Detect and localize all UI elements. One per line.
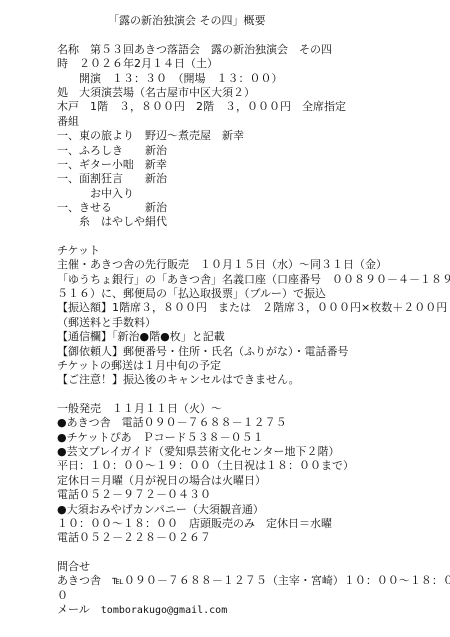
ticket-heading: チケット bbox=[57, 244, 450, 258]
presale-line: 主催・あきつ舎の先行販売 １０月１５日（水）～同３１日（金） bbox=[57, 258, 450, 272]
document-title: 「露の新治独演会 その四」概要 bbox=[108, 14, 266, 28]
event-name-line: 名称 第５３回あきつ落語会 露の新治独演会 その四 bbox=[57, 43, 450, 57]
time-line: 開演 １３：３０ （開場 １３：００） bbox=[57, 72, 450, 86]
venue-line: 処 大須演芸場（名古屋市中区大須２） bbox=[57, 86, 450, 100]
message-field-line: 【通信欄】「新治●階●枚」と記載 bbox=[57, 330, 450, 344]
document-body: 名称 第５３回あきつ落語会 露の新治独演会 その四 時 ２０２６年2月１４日（土… bbox=[57, 43, 450, 617]
contact-line: あきつ舎 ℡０９０－７６８８－１２７５（主宰・宮崎）１０：００～１８：０ bbox=[57, 574, 450, 588]
contact-line-cont: ０ bbox=[57, 589, 450, 603]
outlet-osu-omiyage: ●大須おみやげカンパニー（大須観音通） bbox=[57, 503, 450, 517]
program-item: 一、東の旅より 野辺～煮売屋 新幸 bbox=[57, 129, 450, 143]
email-link[interactable]: tomborakugo@gmail.com bbox=[101, 605, 227, 616]
requester-line: 【御依頼人】郵便番号・住所・氏名（ふりがな）・電話番号 bbox=[57, 345, 450, 359]
blank-line bbox=[57, 230, 450, 244]
geibun-hours: 平日：１０：００～１９：００（土日祝は１８：００まで） bbox=[57, 459, 450, 473]
omiyage-phone: 電話０５２－２２８－０２６７ bbox=[57, 531, 450, 545]
bank-line: 「ゆうちょ銀行」の「あきつ舎」名義口座（口座番号 ００８９０－４－１８９ bbox=[57, 273, 450, 287]
program-item: 一、ギター小咄 新幸 bbox=[57, 158, 450, 172]
email-label: メール bbox=[57, 603, 101, 616]
caution-line: 【ご注意！】振込後のキャンセルはできません。 bbox=[57, 373, 450, 387]
shipping-line: チケットの郵送は１月中旬の予定 bbox=[57, 359, 450, 373]
fee-note-line: （郵送料と手数料） bbox=[57, 316, 450, 330]
geibun-phone: 電話０５２－９７２－０４３０ bbox=[57, 488, 450, 502]
intermission-line: お中入り bbox=[57, 187, 450, 201]
geibun-closed: 定休日＝月曜（月が祝日の場合は火曜日） bbox=[57, 474, 450, 488]
omiyage-hours: １０：００～１８：００ 店頭販売のみ 定休日＝水曜 bbox=[57, 517, 450, 531]
date-line: 時 ２０２６年2月１４日（土） bbox=[57, 57, 450, 71]
contact-heading: 問合せ bbox=[57, 560, 450, 574]
program-item: 一、面割狂言 新治 bbox=[57, 172, 450, 186]
outlet-geibun: ●芸文プレイガイド（愛知県芸術文化センター地下２階） bbox=[57, 445, 450, 459]
blank-line bbox=[57, 388, 450, 402]
price-line: 木戸 1階 ３，８００円 2階 ３，０００円 全席指定 bbox=[57, 100, 450, 114]
program-heading: 番組 bbox=[57, 115, 450, 129]
outlet-pia: ●チケットぴあ Ｐコード５３８－０５１ bbox=[57, 431, 450, 445]
shamisen-line: 糸 はやしや絹代 bbox=[57, 215, 450, 229]
program-item: 一、きせる 新治 bbox=[57, 201, 450, 215]
general-sale-line: 一般発売 １１月１１日（火）～ bbox=[57, 402, 450, 416]
email-line: メール tomborakugo@gmail.com bbox=[57, 603, 450, 617]
outlet-akitsusha: ●あきつ舎 電話０９０－７６８８－１２７５ bbox=[57, 416, 450, 430]
bank-line-cont: ５１６）に、郵便局の「払込取扱票」（ブルー）で振込 bbox=[57, 287, 450, 301]
blank-line bbox=[57, 546, 450, 560]
transfer-amount-line: 【振込額】1階席３，８００円 または ２階席３，０００円×枚数＋２００円 bbox=[57, 301, 450, 315]
program-item: 一、ふろしき 新治 bbox=[57, 144, 450, 158]
